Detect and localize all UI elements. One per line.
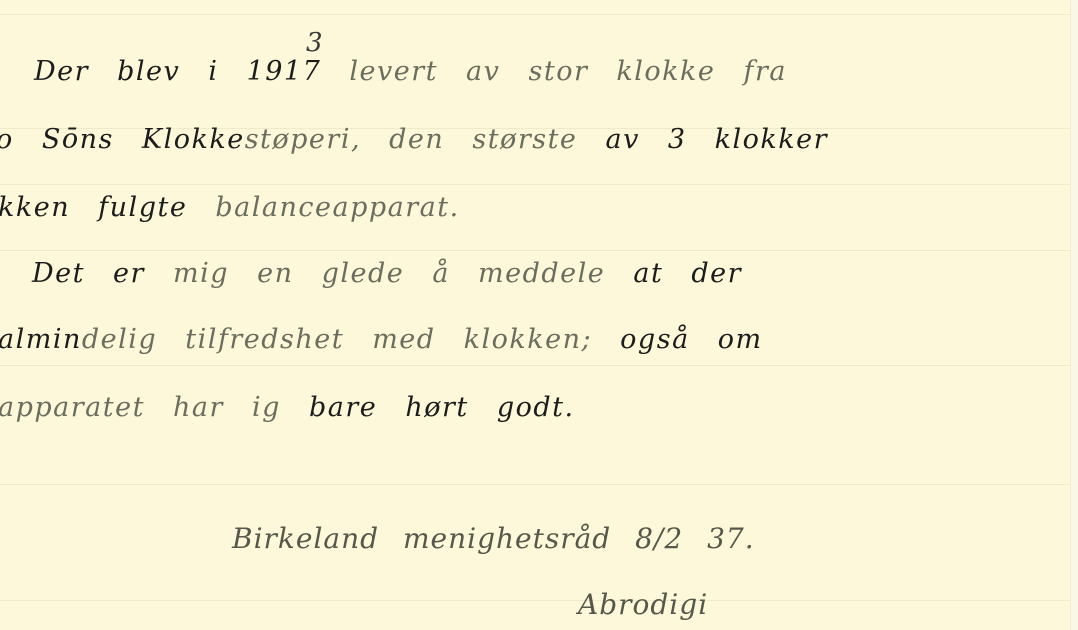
handwritten-page: 3 Der blev i 1917 levert av stor klokke … — [0, 0, 1070, 630]
line-5-segment-2: delig tilfredshet med klokken; — [82, 324, 592, 355]
text-line-2: o Sōns Klokkestøperi, den største av 3 k… — [0, 124, 828, 155]
line-3-segment-2: balanceapparat. — [187, 192, 459, 223]
text-line-1: Der blev i 1917 levert av stor klokke fr… — [34, 56, 787, 87]
line-1-segment-1: Der blev i 1917 — [34, 56, 321, 87]
line-4-segment-1: Det er — [32, 258, 145, 289]
closing-place-date: Birkeland menighetsråd 8/2 37. — [232, 522, 755, 555]
text-line-5: almindelig tilfredshet med klokken; også… — [0, 324, 763, 355]
signature: Abrodigi — [578, 588, 708, 621]
line-6-segment-1: apparatet har ig — [0, 392, 281, 423]
ruled-line — [0, 600, 1070, 601]
text-line-6: apparatet har ig bare hørt godt. — [0, 392, 575, 423]
line-2-segment-1: o Sōns Klokke — [0, 124, 245, 155]
line-2-segment-2: støperi, den største — [245, 124, 578, 155]
line-4-segment-2: mig en glede å meddele — [145, 258, 605, 289]
page-edge — [1070, 0, 1078, 630]
line-6-segment-2: bare hørt godt. — [281, 392, 575, 423]
line-1-segment-2: levert av stor klokke fra — [321, 56, 787, 87]
line-5-segment-1: almin — [0, 324, 82, 355]
ruled-line — [0, 365, 1070, 366]
text-line-4: Det er mig en glede å meddele at der — [32, 258, 742, 289]
ruled-line — [0, 484, 1070, 485]
line-2-segment-3: av 3 klokker — [577, 124, 828, 155]
line-4-segment-3: at der — [605, 258, 742, 289]
line-5-segment-3: også om — [592, 324, 763, 355]
ruled-line — [0, 250, 1070, 251]
year-correction-superscript: 3 — [306, 28, 323, 58]
ruled-line — [0, 14, 1070, 15]
line-3-segment-1: kken fulgte — [0, 192, 187, 223]
text-line-3: kken fulgte balanceapparat. — [0, 192, 460, 223]
ruled-line — [0, 184, 1070, 185]
